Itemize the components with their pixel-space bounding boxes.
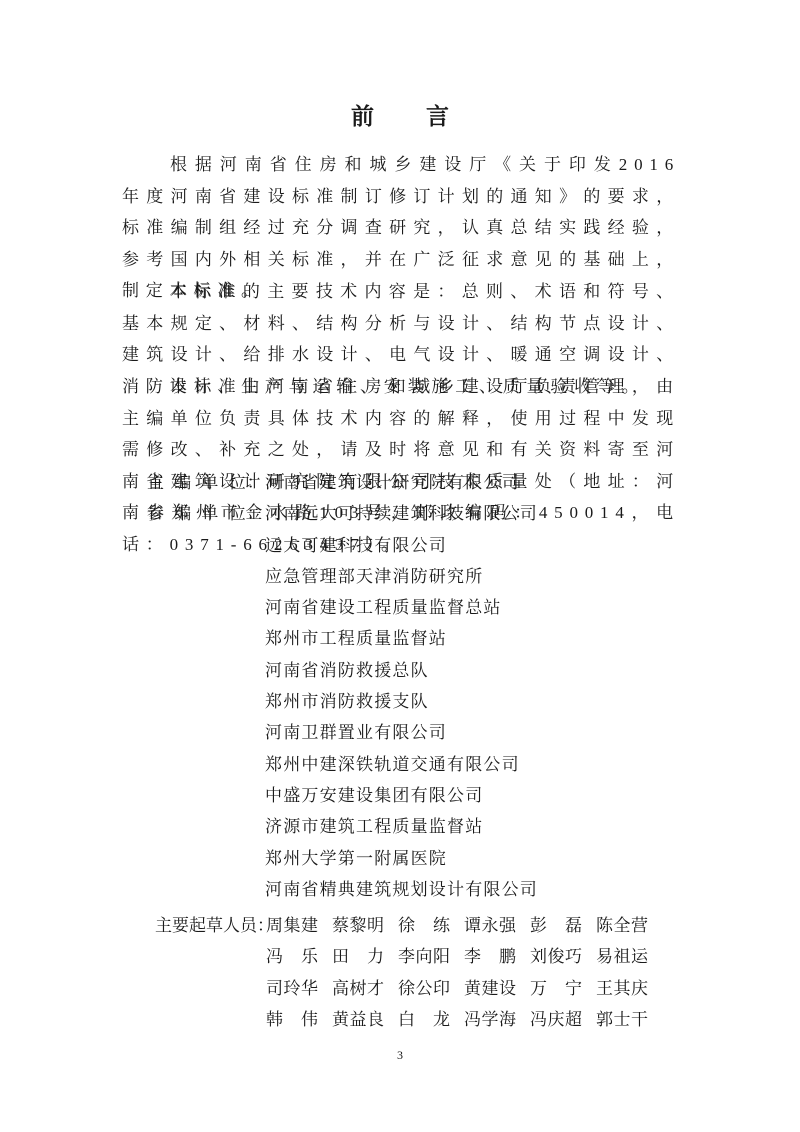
participating-unit-row: 郑州市消防救援支队 — [147, 686, 707, 717]
name-char: 徐 — [398, 973, 415, 1004]
label-char: 主 — [147, 467, 165, 498]
participating-unit: 远大可建科技有限公司 — [265, 530, 447, 561]
drafter-row: 冯乐 田力 李向阳 李鹏 刘俊巧 易祖运 — [155, 941, 695, 972]
participating-unit-row: 参 编 单 位： 河南远大可持续建筑科技有限公司 — [147, 498, 707, 529]
participating-unit-row: 应急管理部天津消防研究所 — [147, 561, 707, 592]
drafter-name: 徐练 — [398, 910, 450, 941]
name-char: 明 — [367, 910, 384, 941]
participating-unit-row: 郑州市工程质量监督站 — [147, 623, 707, 654]
participating-unit-row: 远大可建科技有限公司 — [147, 530, 707, 561]
name-char: 冯 — [464, 1004, 481, 1035]
name-char: 其 — [614, 973, 631, 1004]
participating-unit: 应急管理部天津消防研究所 — [265, 561, 483, 592]
name-char: 伟 — [301, 1004, 318, 1035]
label-spacer — [147, 780, 265, 811]
chief-editor-row: 主 编 单 位： 河南省建筑设计研究院有限公司 — [147, 467, 707, 498]
participating-unit: 济源市建筑工程质量监督站 — [265, 811, 483, 842]
name-char: 集 — [284, 910, 301, 941]
name-char: 印 — [433, 973, 450, 1004]
name-char: 陈 — [596, 910, 613, 941]
drafter-name: 司玲华 — [266, 973, 318, 1004]
name-char: 公 — [416, 973, 433, 1004]
drafter-name: 冯学海 — [464, 1004, 516, 1035]
participating-unit: 郑州市消防救援支队 — [265, 686, 429, 717]
name-char: 运 — [631, 941, 648, 972]
name-char: 高 — [332, 973, 349, 1004]
label-char: 单 — [201, 498, 219, 529]
drafter-name: 郭士干 — [596, 1004, 648, 1035]
name-char: 韩 — [266, 1004, 283, 1035]
name-char: 蔡 — [332, 910, 349, 941]
label-spacer — [147, 874, 265, 905]
label-spacer — [147, 686, 265, 717]
participating-unit: 郑州中建深铁轨道交通有限公司 — [265, 749, 520, 780]
participating-unit: 河南省消防救援总队 — [265, 655, 429, 686]
name-char: 黄 — [464, 973, 481, 1004]
name-char: 海 — [499, 1004, 516, 1035]
drafter-name: 徐公印 — [398, 973, 450, 1004]
label-spacer — [147, 843, 265, 874]
label-spacer — [147, 811, 265, 842]
participating-unit: 河南省精典建筑规划设计有限公司 — [265, 874, 538, 905]
participating-unit-row: 郑州大学第一附属医院 — [147, 843, 707, 874]
name-char: 全 — [614, 910, 631, 941]
name-char: 冯 — [266, 941, 283, 972]
page-title: 前言 — [0, 100, 800, 134]
drafter-name: 彭磊 — [530, 910, 582, 941]
name-char: 益 — [350, 1004, 367, 1035]
name-char: 干 — [631, 1004, 648, 1035]
name-char: 学 — [482, 1004, 499, 1035]
participating-unit-row: 中盛万安建设集团有限公司 — [147, 780, 707, 811]
drafter-name: 黄建设 — [464, 973, 516, 1004]
name-char: 玲 — [284, 973, 301, 1004]
drafter-row: 韩伟 黄益良 白龙 冯学海 冯庆超 郭士干 — [155, 1004, 695, 1035]
label-spacer — [147, 592, 265, 623]
name-char: 营 — [631, 910, 648, 941]
name-char: 磊 — [565, 910, 582, 941]
units-section: 主 编 单 位： 河南省建筑设计研究院有限公司 参 编 单 位： 河南远大可持续… — [147, 467, 707, 905]
participating-unit: 河南卫群置业有限公司 — [265, 717, 447, 748]
label-spacer — [147, 749, 265, 780]
participating-unit: 郑州大学第一附属医院 — [265, 843, 447, 874]
name-char: 建 — [301, 910, 318, 941]
label-char: 编 — [174, 498, 192, 529]
name-char: 鹏 — [499, 941, 516, 972]
name-char: 龙 — [433, 1004, 450, 1035]
drafter-name: 冯乐 — [266, 941, 318, 972]
name-char: 李 — [464, 941, 481, 972]
drafter-name: 黄益良 — [332, 1004, 384, 1035]
name-char: 永 — [482, 910, 499, 941]
label-spacer — [155, 1004, 266, 1035]
label-spacer — [147, 655, 265, 686]
label-spacer — [147, 717, 265, 748]
name-char: 才 — [367, 973, 384, 1004]
participating-unit-row: 济源市建筑工程质量监督站 — [147, 811, 707, 842]
title-char: 前 — [351, 100, 374, 134]
name-char: 阳 — [433, 941, 450, 972]
label-char: 单 — [201, 467, 219, 498]
chief-editor-value: 河南省建筑设计研究院有限公司 — [265, 467, 520, 498]
participating-unit: 河南省建设工程质量监督总站 — [265, 592, 502, 623]
drafter-name: 李向阳 — [398, 941, 450, 972]
title-char: 言 — [426, 100, 449, 134]
name-char: 向 — [416, 941, 433, 972]
label-spacer — [155, 973, 266, 1004]
name-char: 万 — [530, 973, 547, 1004]
name-char: 乐 — [301, 941, 318, 972]
chief-editor-label: 主 编 单 位： — [147, 467, 265, 498]
name-char: 俊 — [548, 941, 565, 972]
participating-unit-row: 河南卫群置业有限公司 — [147, 717, 707, 748]
name-char: 徐 — [398, 910, 415, 941]
drafter-name: 谭永强 — [464, 910, 516, 941]
name-char: 黄 — [332, 1004, 349, 1035]
drafter-name: 刘俊巧 — [530, 941, 582, 972]
drafter-name: 王其庆 — [596, 973, 648, 1004]
name-char: 郭 — [596, 1004, 613, 1035]
label-spacer — [155, 941, 266, 972]
document-page: 前言 根据河南省住房和城乡建设厅《关于印发2016年度河南省建设标准制订修订计划… — [0, 0, 800, 1132]
name-char: 刘 — [530, 941, 547, 972]
name-char: 设 — [499, 973, 516, 1004]
drafter-name: 田力 — [332, 941, 384, 972]
label-spacer — [147, 530, 265, 561]
drafter-row: 主要起草人员： 周集建 蔡黎明 徐练 谭永强 彭磊 陈全营 — [155, 910, 695, 941]
label-spacer — [147, 623, 265, 654]
label-char: 编 — [174, 467, 192, 498]
name-char: 良 — [367, 1004, 384, 1035]
drafters-label: 主要起草人员： — [155, 910, 266, 941]
participating-units-label: 参 编 单 位： — [147, 498, 265, 529]
name-char: 谭 — [464, 910, 481, 941]
label-spacer — [147, 561, 265, 592]
participating-unit-row: 河南省建设工程质量监督总站 — [147, 592, 707, 623]
drafter-name: 易祖运 — [596, 941, 648, 972]
name-char: 树 — [350, 973, 367, 1004]
name-char: 黎 — [350, 910, 367, 941]
name-char: 冯 — [530, 1004, 547, 1035]
drafter-name: 蔡黎明 — [332, 910, 384, 941]
drafter-name: 冯庆超 — [530, 1004, 582, 1035]
drafter-name: 万宁 — [530, 973, 582, 1004]
name-char: 易 — [596, 941, 613, 972]
name-char: 李 — [398, 941, 415, 972]
drafters-section: 主要起草人员： 周集建 蔡黎明 徐练 谭永强 彭磊 陈全营 冯乐 田力 李向阳 … — [155, 910, 695, 1036]
name-char: 庆 — [548, 1004, 565, 1035]
drafter-row: 司玲华 高树才 徐公印 黄建设 万宁 王其庆 — [155, 973, 695, 1004]
page-number: 3 — [0, 1047, 800, 1063]
participating-unit-row: 郑州中建深铁轨道交通有限公司 — [147, 749, 707, 780]
name-char: 宁 — [565, 973, 582, 1004]
participating-unit-row: 河南省精典建筑规划设计有限公司 — [147, 874, 707, 905]
drafter-name: 高树才 — [332, 973, 384, 1004]
name-char: 庆 — [631, 973, 648, 1004]
name-char: 建 — [482, 973, 499, 1004]
name-char: 田 — [332, 941, 349, 972]
name-char: 士 — [614, 1004, 631, 1035]
label-char: 参 — [147, 498, 165, 529]
drafter-name: 白龙 — [398, 1004, 450, 1035]
name-char: 白 — [398, 1004, 415, 1035]
name-char: 司 — [266, 973, 283, 1004]
label-char: 位： — [229, 467, 265, 498]
label-char: 位： — [229, 498, 265, 529]
drafter-name: 李鹏 — [464, 941, 516, 972]
name-char: 强 — [499, 910, 516, 941]
name-char: 巧 — [565, 941, 582, 972]
participating-unit-row: 河南省消防救援总队 — [147, 655, 707, 686]
name-char: 周 — [266, 910, 283, 941]
name-char: 彭 — [530, 910, 547, 941]
name-char: 超 — [565, 1004, 582, 1035]
participating-unit: 中盛万安建设集团有限公司 — [265, 780, 483, 811]
name-char: 力 — [367, 941, 384, 972]
drafter-name: 周集建 — [266, 910, 318, 941]
drafter-name: 韩伟 — [266, 1004, 318, 1035]
name-char: 练 — [433, 910, 450, 941]
name-char: 华 — [301, 973, 318, 1004]
name-char: 王 — [596, 973, 613, 1004]
drafter-name: 陈全营 — [596, 910, 648, 941]
participating-unit: 河南远大可持续建筑科技有限公司 — [265, 498, 538, 529]
name-char: 祖 — [614, 941, 631, 972]
participating-unit: 郑州市工程质量监督站 — [265, 623, 447, 654]
